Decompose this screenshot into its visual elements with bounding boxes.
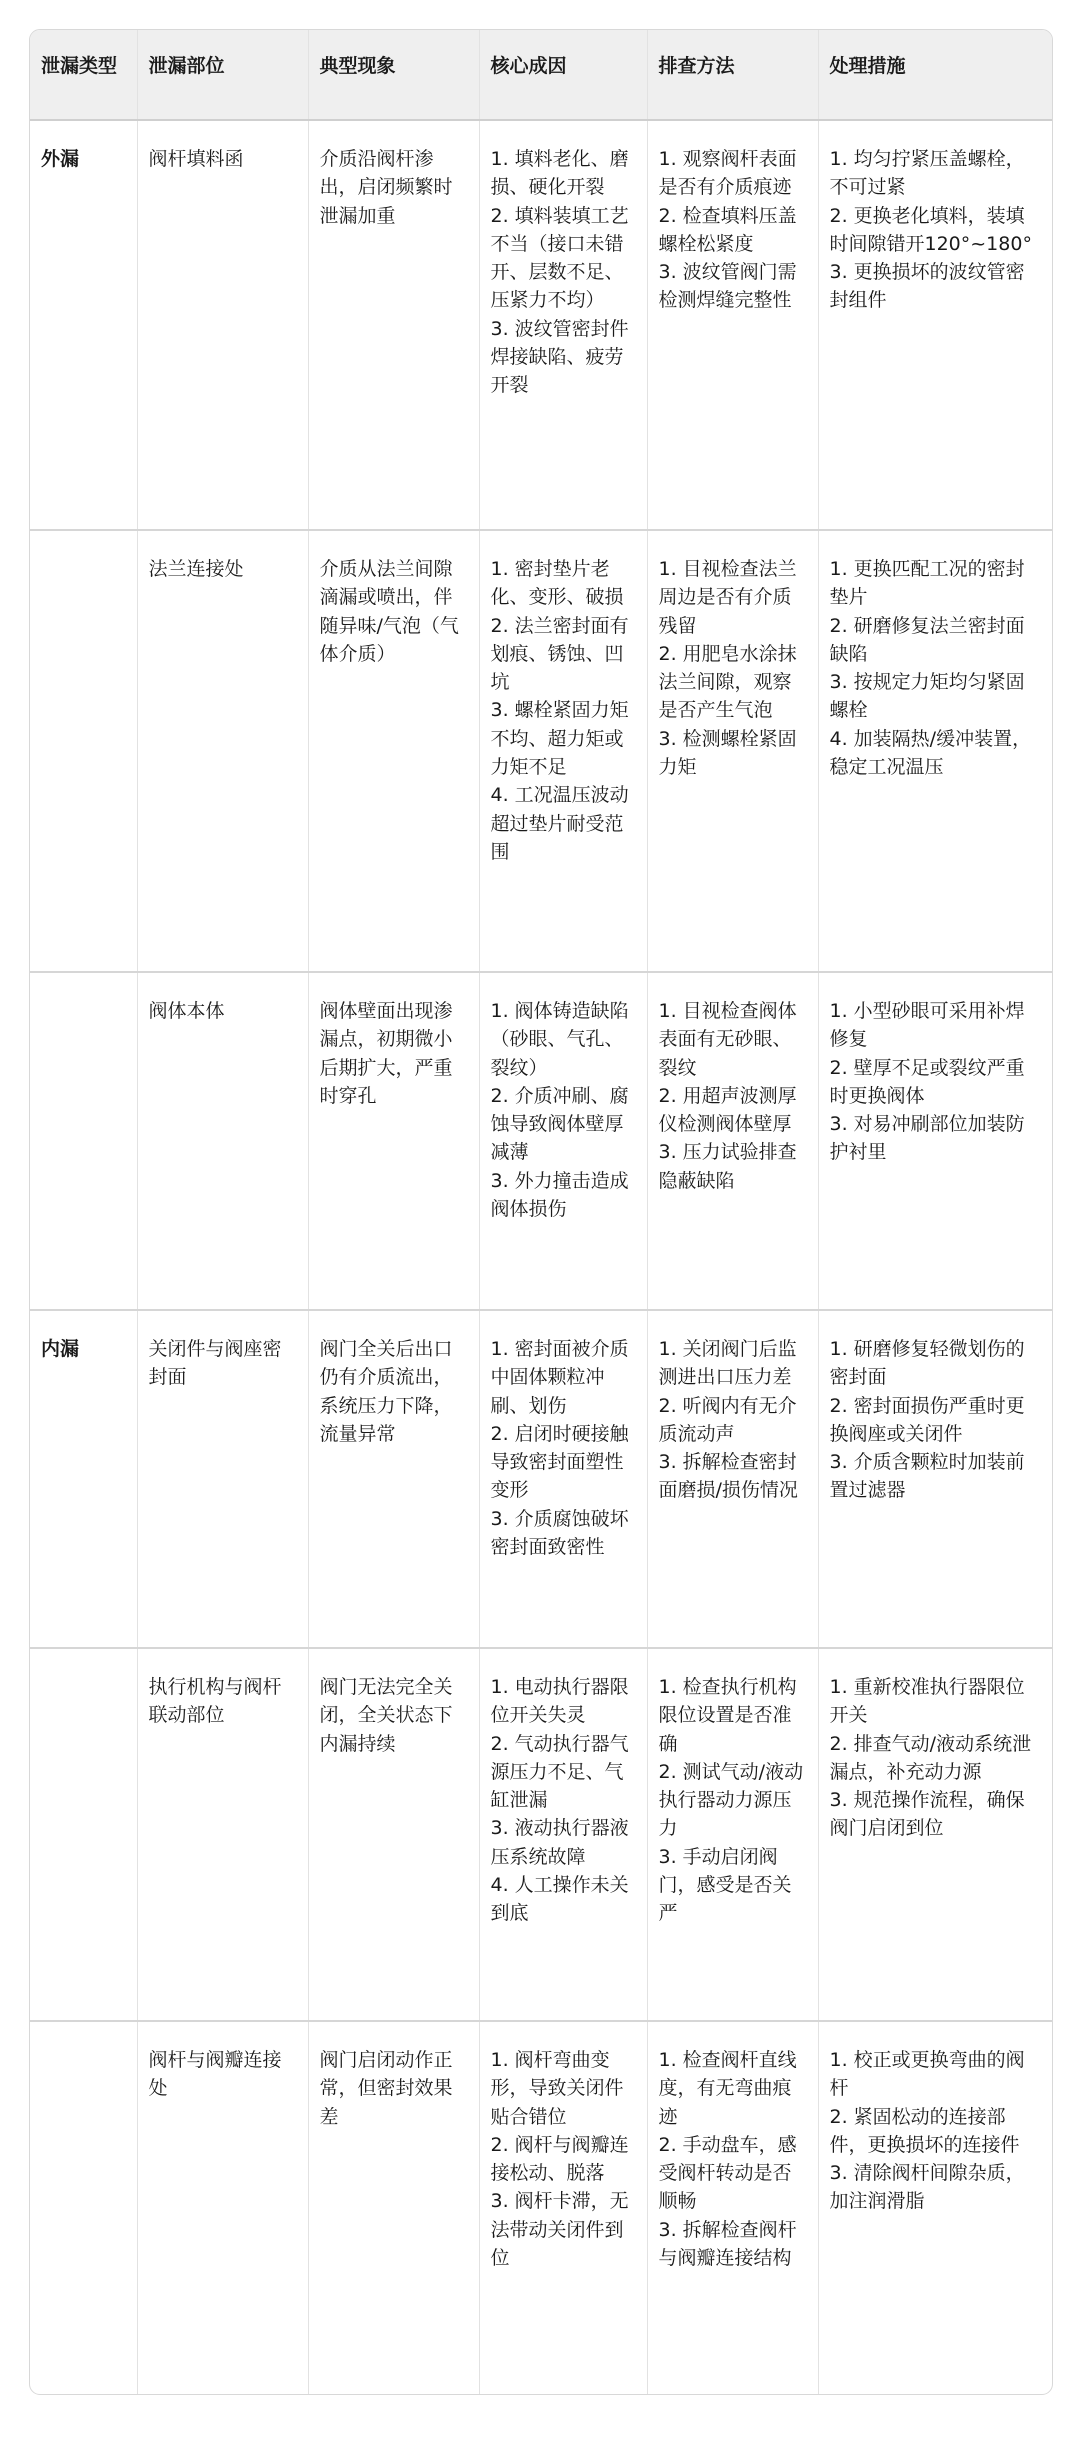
measures-cell: 1. 重新校准执行器限位开关 2. 排查气动/液动系统泄漏点，补充动力源 3. … — [818, 1648, 1052, 2021]
leak-type-cell — [30, 2021, 137, 2394]
inspection-cell: 1. 关闭阀门后监测进出口压力差 2. 听阀内有无介质流动声 3. 拆解检查密封… — [647, 1310, 818, 1648]
location-cell: 法兰连接处 — [137, 530, 308, 972]
table-row: 内漏 关闭件与阀座密封面 阀门全关后出口仍有介质流出，系统压力下降，流量异常 1… — [30, 1310, 1052, 1648]
valve-leak-table: 泄漏类型 泄漏部位 典型现象 核心成因 排查方法 处理措施 外漏 阀杆填料函 介… — [29, 29, 1053, 2395]
location-cell: 阀杆填料函 — [137, 120, 308, 530]
header-core-causes: 核心成因 — [479, 30, 647, 120]
causes-cell: 1. 密封垫片老化、变形、破损 2. 法兰密封面有划痕、锈蚀、凹坑 3. 螺栓紧… — [479, 530, 647, 972]
phenomenon-cell: 阀门全关后出口仍有介质流出，系统压力下降，流量异常 — [308, 1310, 479, 1648]
phenomenon-cell: 阀门启闭动作正常，但密封效果差 — [308, 2021, 479, 2394]
phenomenon-cell: 介质从法兰间隙滴漏或喷出，伴随异味/气泡（气体介质） — [308, 530, 479, 972]
measures-cell: 1. 研磨修复轻微划伤的密封面 2. 密封面损伤严重时更换阀座或关闭件 3. 介… — [818, 1310, 1052, 1648]
leak-troubleshooting-table: 泄漏类型 泄漏部位 典型现象 核心成因 排查方法 处理措施 外漏 阀杆填料函 介… — [30, 30, 1052, 2394]
phenomenon-cell: 介质沿阀杆渗出，启闭频繁时泄漏加重 — [308, 120, 479, 530]
causes-cell: 1. 阀体铸造缺陷（砂眼、气孔、裂纹） 2. 介质冲刷、腐蚀导致阀体壁厚减薄 3… — [479, 972, 647, 1310]
header-inspection-method: 排查方法 — [647, 30, 818, 120]
header-leak-location: 泄漏部位 — [137, 30, 308, 120]
table-row: 法兰连接处 介质从法兰间隙滴漏或喷出，伴随异味/气泡（气体介质） 1. 密封垫片… — [30, 530, 1052, 972]
table-row: 外漏 阀杆填料函 介质沿阀杆渗出，启闭频繁时泄漏加重 1. 填料老化、磨损、硬化… — [30, 120, 1052, 530]
location-cell: 阀杆与阀瓣连接处 — [137, 2021, 308, 2394]
header-leak-type: 泄漏类型 — [30, 30, 137, 120]
causes-cell: 1. 阀杆弯曲变形，导致关闭件贴合错位 2. 阀杆与阀瓣连接松动、脱落 3. 阀… — [479, 2021, 647, 2394]
inspection-cell: 1. 检查执行机构限位设置是否准确 2. 测试气动/液动执行器动力源压力 3. … — [647, 1648, 818, 2021]
location-cell: 执行机构与阀杆联动部位 — [137, 1648, 308, 2021]
inspection-cell: 1. 观察阀杆表面是否有介质痕迹 2. 检查填料压盖螺栓松紧度 3. 波纹管阀门… — [647, 120, 818, 530]
location-cell: 关闭件与阀座密封面 — [137, 1310, 308, 1648]
measures-cell: 1. 校正或更换弯曲的阀杆 2. 紧固松动的连接部件，更换损坏的连接件 3. 清… — [818, 2021, 1052, 2394]
leak-type-cell — [30, 972, 137, 1310]
header-typical-phenomenon: 典型现象 — [308, 30, 479, 120]
phenomenon-cell: 阀体壁面出现渗漏点，初期微小后期扩大，严重时穿孔 — [308, 972, 479, 1310]
table-body: 外漏 阀杆填料函 介质沿阀杆渗出，启闭频繁时泄漏加重 1. 填料老化、磨损、硬化… — [30, 120, 1052, 2394]
table-row: 阀杆与阀瓣连接处 阀门启闭动作正常，但密封效果差 1. 阀杆弯曲变形，导致关闭件… — [30, 2021, 1052, 2394]
leak-type-cell — [30, 530, 137, 972]
table-row: 阀体本体 阀体壁面出现渗漏点，初期微小后期扩大，严重时穿孔 1. 阀体铸造缺陷（… — [30, 972, 1052, 1310]
causes-cell: 1. 电动执行器限位开关失灵 2. 气动执行器气源压力不足、气缸泄漏 3. 液动… — [479, 1648, 647, 2021]
table-header: 泄漏类型 泄漏部位 典型现象 核心成因 排查方法 处理措施 — [30, 30, 1052, 120]
measures-cell: 1. 小型砂眼可采用补焊修复 2. 壁厚不足或裂纹严重时更换阀体 3. 对易冲刷… — [818, 972, 1052, 1310]
inspection-cell: 1. 目视检查阀体表面有无砂眼、裂纹 2. 用超声波测厚仪检测阀体壁厚 3. 压… — [647, 972, 818, 1310]
header-treatment-measures: 处理措施 — [818, 30, 1052, 120]
table-row: 执行机构与阀杆联动部位 阀门无法完全关闭，全关状态下内漏持续 1. 电动执行器限… — [30, 1648, 1052, 2021]
location-cell: 阀体本体 — [137, 972, 308, 1310]
causes-cell: 1. 填料老化、磨损、硬化开裂 2. 填料装填工艺不当（接口未错开、层数不足、压… — [479, 120, 647, 530]
measures-cell: 1. 均匀拧紧压盖螺栓，不可过紧 2. 更换老化填料，装填时间隙错开120°~1… — [818, 120, 1052, 530]
inspection-cell: 1. 目视检查法兰周边是否有介质残留 2. 用肥皂水涂抹法兰间隙，观察是否产生气… — [647, 530, 818, 972]
causes-cell: 1. 密封面被介质中固体颗粒冲刷、划伤 2. 启闭时硬接触导致密封面塑性变形 3… — [479, 1310, 647, 1648]
leak-type-cell: 内漏 — [30, 1310, 137, 1648]
inspection-cell: 1. 检查阀杆直线度，有无弯曲痕迹 2. 手动盘车，感受阀杆转动是否顺畅 3. … — [647, 2021, 818, 2394]
leak-type-cell: 外漏 — [30, 120, 137, 530]
measures-cell: 1. 更换匹配工况的密封垫片 2. 研磨修复法兰密封面缺陷 3. 按规定力矩均匀… — [818, 530, 1052, 972]
phenomenon-cell: 阀门无法完全关闭，全关状态下内漏持续 — [308, 1648, 479, 2021]
header-row: 泄漏类型 泄漏部位 典型现象 核心成因 排查方法 处理措施 — [30, 30, 1052, 120]
leak-type-cell — [30, 1648, 137, 2021]
